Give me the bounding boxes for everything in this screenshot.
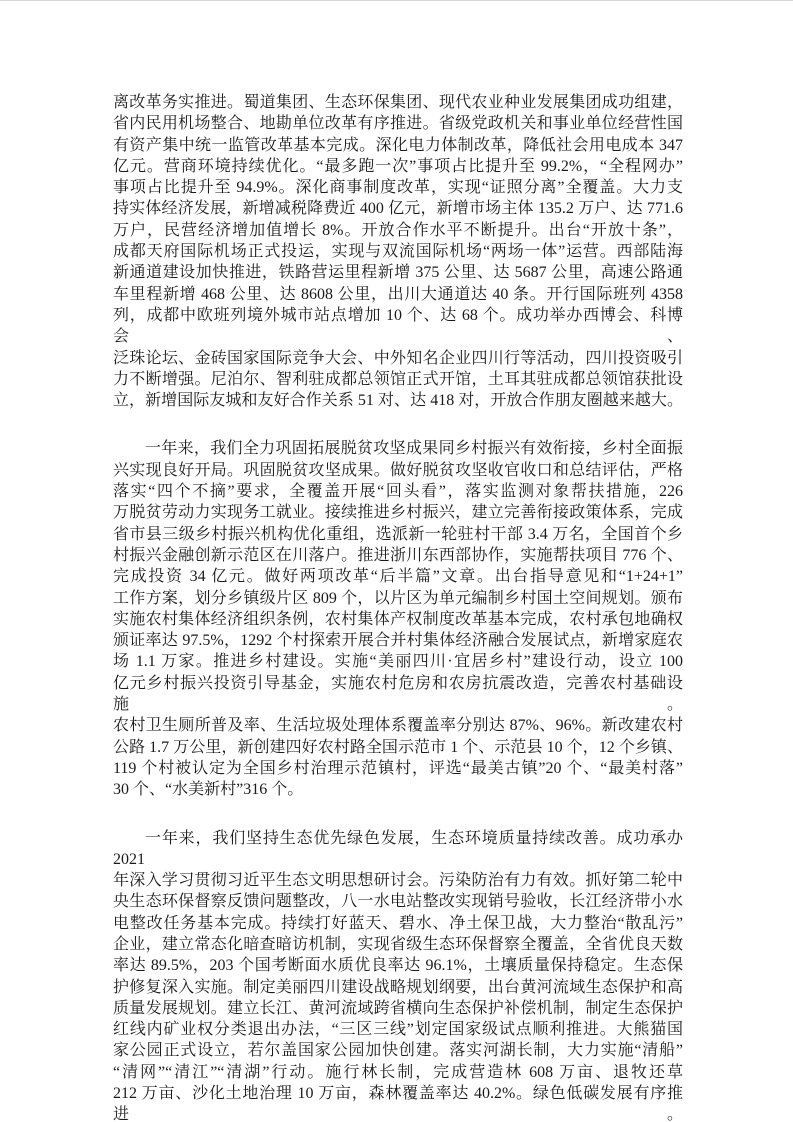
text-line: 事项占比提升至 94.9%。深化商事制度改革，实现“证照分离”全覆盖。大力支 [113,177,683,198]
text-line: 兴实现良好开局。巩固脱贫攻坚成果。做好脱贫攻坚收官收口和总结评估，严格 [113,460,683,481]
text-line: 颁证率达 97.5%，1292 个村探索开展合并村集体经济融合发展试点，新增家庭… [113,630,683,651]
text-line: 实施农村集体经济组织条例，农村集体产权制度改革基本完成，农村承包地确权 [113,609,683,630]
text-line: 立，新增国际友城和友好合作关系 51 对、达 418 对，开放合作朋友圈越来越大… [113,390,683,411]
text-line: 率达 89.5%，203 个国考断面水质优良率达 96.1%，土壤质量保持稳定。… [113,955,683,976]
text-line: 红线内矿业权分类退出办法，“三区三线”划定国家级试点顺利推进。大熊猫国 [113,1019,683,1040]
text-line: 村振兴金融创新示范区在川落户。推进浙川东西部协作，实施帮扶项目 776 个、 [113,545,683,566]
text-line: 有资产集中统一监管改革基本完成。深化电力体制改革，降低社会用电成本 347 [113,135,683,156]
text-line: 护修复深入实施。制定美丽四川建设战略规划纲要，出台黄河流域生态保护和高 [113,977,683,998]
text-line: 电整改任务基本完成。持续打好蓝天、碧水、净土保卫战，大力整治“散乱污” [113,913,683,934]
paragraph: 一年来，我们全力巩固拓展脱贫攻坚成果同乡村振兴有效衔接，乡村全面振兴实现良好开局… [113,438,683,800]
paragraph: 一年来，我们坚持生态优先绿色发展，生态环境质量持续改善。成功承办 2021年深入… [113,828,683,1122]
text-line: 家公园正式设立，若尔盖国家公园加快创建。落实河湖长制，大力实施“清船” [113,1040,683,1061]
text-line: 省市县三级乡村振兴机构优化重组，选派新一轮驻村干部 3.4 万名，全国首个乡 [113,524,683,545]
text-line: 车里程新增 468 公里、达 8608 公里，出川大通道达 40 条。开行国际班… [113,284,683,305]
text-line: 年深入学习贯彻习近平生态文明思想研讨会。污染防治有力有效。抓好第二轮中 [113,870,683,891]
text-line: 离改革务实推进。蜀道集团、生态环保集团、现代农业种业发展集团成功组建， [113,92,683,113]
text-line: 工作方案，划分乡镇级片区 809 个，以片区为单元编制乡村国土空间规划。颁布 [113,588,683,609]
text-line: 持实体经济发展，新增减税降费近 400 亿元，新增市场主体 135.2 万户、达… [113,198,683,219]
text-line: 省内民用机场整合、地勘单位改革有序推进。省级党政机关和事业单位经营性国 [113,113,683,134]
text-line: 完成投资 34 亿元。做好两项改革“后半篇”文章。出台指导意见和“1+24+1” [113,566,683,587]
text-line: 亿元乡村振兴投资引导基金，实施农村危房和农房抗震改造，完善农村基础设施。 [113,673,683,716]
text-line: 212 万亩、沙化土地治理 10 万亩，森林覆盖率达 40.2%。绿色低碳发展有… [113,1083,683,1122]
text-line: 落实“四个不摘”要求，全覆盖开展“回头看”，落实监测对象帮扶措施，226 [113,481,683,502]
text-line: 企业，建立常态化暗查暗访机制，实现省级生态环保督察全覆盖，全省优良天数 [113,934,683,955]
text-line: 列，成都中欧班列境外城市站点增加 10 个、达 68 个。成功举办西博会、科博会… [113,305,683,348]
paragraph: 离改革务实推进。蜀道集团、生态环保集团、现代农业种业发展集团成功组建，省内民用机… [113,92,683,411]
text-line: 质量发展规划。建立长江、黄河流域跨省横向生态保护补偿机制，制定生态保护 [113,998,683,1019]
text-line: “清网”“清江”“清湖”行动。施行林长制，完成营造林 608 万亩、退牧还草 [113,1062,683,1083]
text-line: 农村卫生厕所普及率、生活垃圾处理体系覆盖率分别达 87%、96%。新改建农村 [113,715,683,736]
text-line: 新通道建设加快推进，铁路营运里程新增 375 公里、达 5687 公里，高速公路… [113,262,683,283]
text-line: 力不断增强。尼泊尔、智利驻成都总领馆正式开馆，土耳其驻成都总领馆获批设 [113,369,683,390]
document-page: 离改革务实推进。蜀道集团、生态环保集团、现代农业种业发展集团成功组建，省内民用机… [0,0,793,1122]
text-line: 一年来，我们全力巩固拓展脱贫攻坚成果同乡村振兴有效衔接，乡村全面振 [113,438,683,459]
text-line: 成都天府国际机场正式投运，实现与双流国际机场“两场一体”运营。西部陆海 [113,241,683,262]
text-line: 亿元。营商环境持续优化。“最多跑一次”事项占比提升至 99.2%，“全程网办” [113,156,683,177]
text-line: 一年来，我们坚持生态优先绿色发展，生态环境质量持续改善。成功承办 2021 [113,828,683,871]
text-line: 央生态环保督察反馈问题整改，八一水电站整改实现销号验收，长江经济带小水 [113,891,683,912]
text-line: 场 1.1 万家。推进乡村建设。实施“美丽四川·宜居乡村”建设行动，设立 100 [113,651,683,672]
text-line: 泛珠论坛、金砖国家国际竞争大会、中外知名企业四川行等活动，四川投资吸引 [113,348,683,369]
report-text-block: 离改革务实推进。蜀道集团、生态环保集团、现代农业种业发展集团成功组建，省内民用机… [113,92,683,1122]
text-line: 119 个村被认定为全国乡村治理示范镇村，评选“最美古镇”20 个、“最美村落” [113,758,683,779]
text-line: 万脱贫劳动力实现务工就业。接续推进乡村振兴，建立完善衔接政策体系，完成 [113,502,683,523]
text-line: 30 个、“水美新村”316 个。 [113,779,683,800]
text-line: 公路 1.7 万公里，新创建四好农村路全国示范市 1 个、示范县 10 个，12… [113,737,683,758]
text-line: 万户，民营经济增加值增长 8%。开放合作水平不断提升。出台“开放十条”， [113,220,683,241]
